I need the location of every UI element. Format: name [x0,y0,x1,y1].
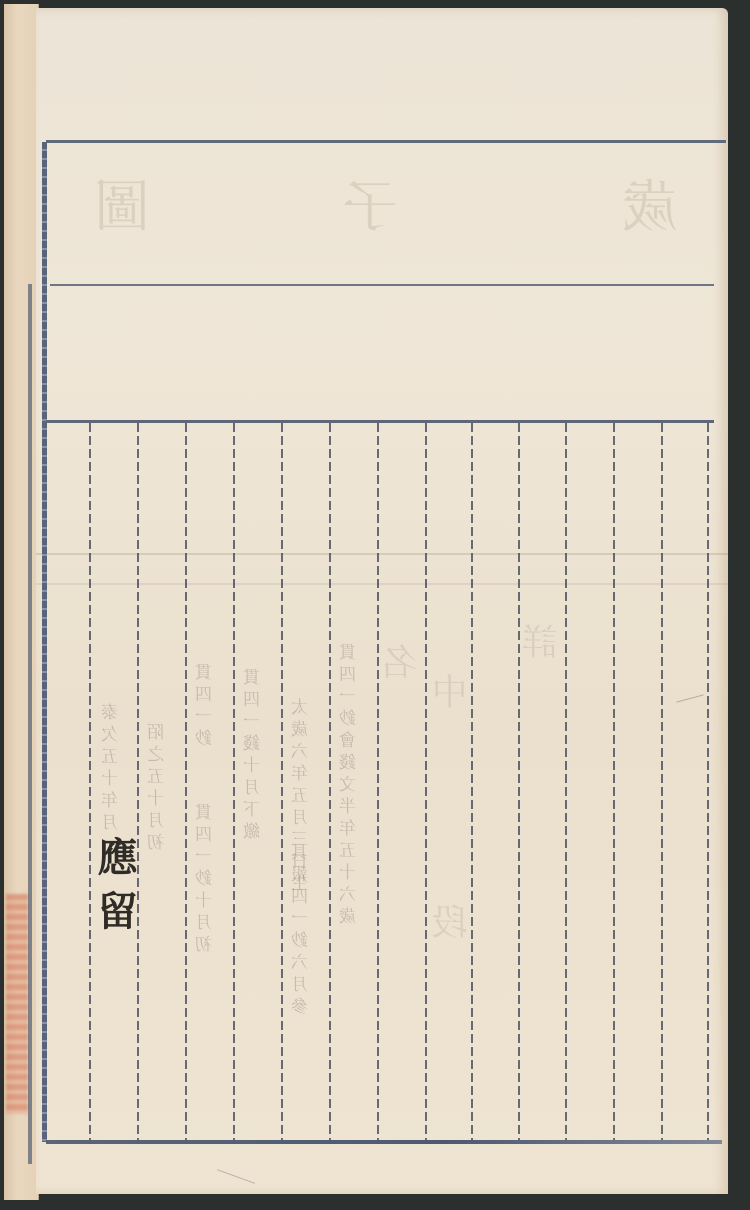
bleed-through-large-text: 詳 [517,623,568,679]
column-rule [425,423,427,1140]
frame-bottom-rule [46,1140,722,1144]
column-rule [707,423,709,1140]
bleed-through-column: 陌之五十月初 [145,723,170,855]
title-char: 子 [335,173,405,243]
column-rule [471,423,473,1140]
paper-crease [217,1169,255,1184]
bleed-through-large-text: 中 [427,673,478,729]
title-char: 歲 [615,173,685,243]
bleed-through-column: 貫四一鈔十月初 [193,803,218,957]
ledger-page: 圖 子 歲 名 詳 中 段 泰欠五十年月 陌之五十月初 貫四一鈔 貫四一鈔十月初… [36,8,728,1194]
handwritten-annotation: 應留 [86,836,143,944]
column-grid: 名 詳 中 段 泰欠五十年月 陌之五十月初 貫四一鈔 貫四一鈔十月初 貫四一錢十… [47,423,723,1140]
column-rule [377,423,379,1140]
bleed-through-column: 泰欠五十年月 [99,703,124,835]
title-band: 圖 子 歲 [47,143,715,284]
column-rule [613,423,615,1140]
column-rule [89,423,91,1140]
bleed-through-column: 貫四一鈔 [193,663,218,751]
column-rule [137,423,139,1140]
column-rule [233,423,235,1140]
blank-band [47,286,715,420]
column-rule [329,423,331,1140]
column-rule [281,423,283,1140]
bleed-through-column: 貫四一錢十月下繳 [241,668,266,844]
bleed-through-column: 具報四一鈔六月參 [289,843,314,1019]
column-rule [185,423,187,1140]
previous-page-edge [4,4,39,1200]
column-rule [661,423,663,1140]
column-rule [565,423,567,1140]
previous-page-rule [28,284,32,1164]
title-char: 圖 [87,173,157,243]
column-rule [518,423,520,1140]
bleed-through-large-text: 名 [377,643,428,699]
red-seal-mark [6,894,28,1114]
bleed-through-large-text: 段 [427,903,478,959]
bleed-through-column: 貫四一鈔會錢文半年五十六歲 [337,643,362,929]
